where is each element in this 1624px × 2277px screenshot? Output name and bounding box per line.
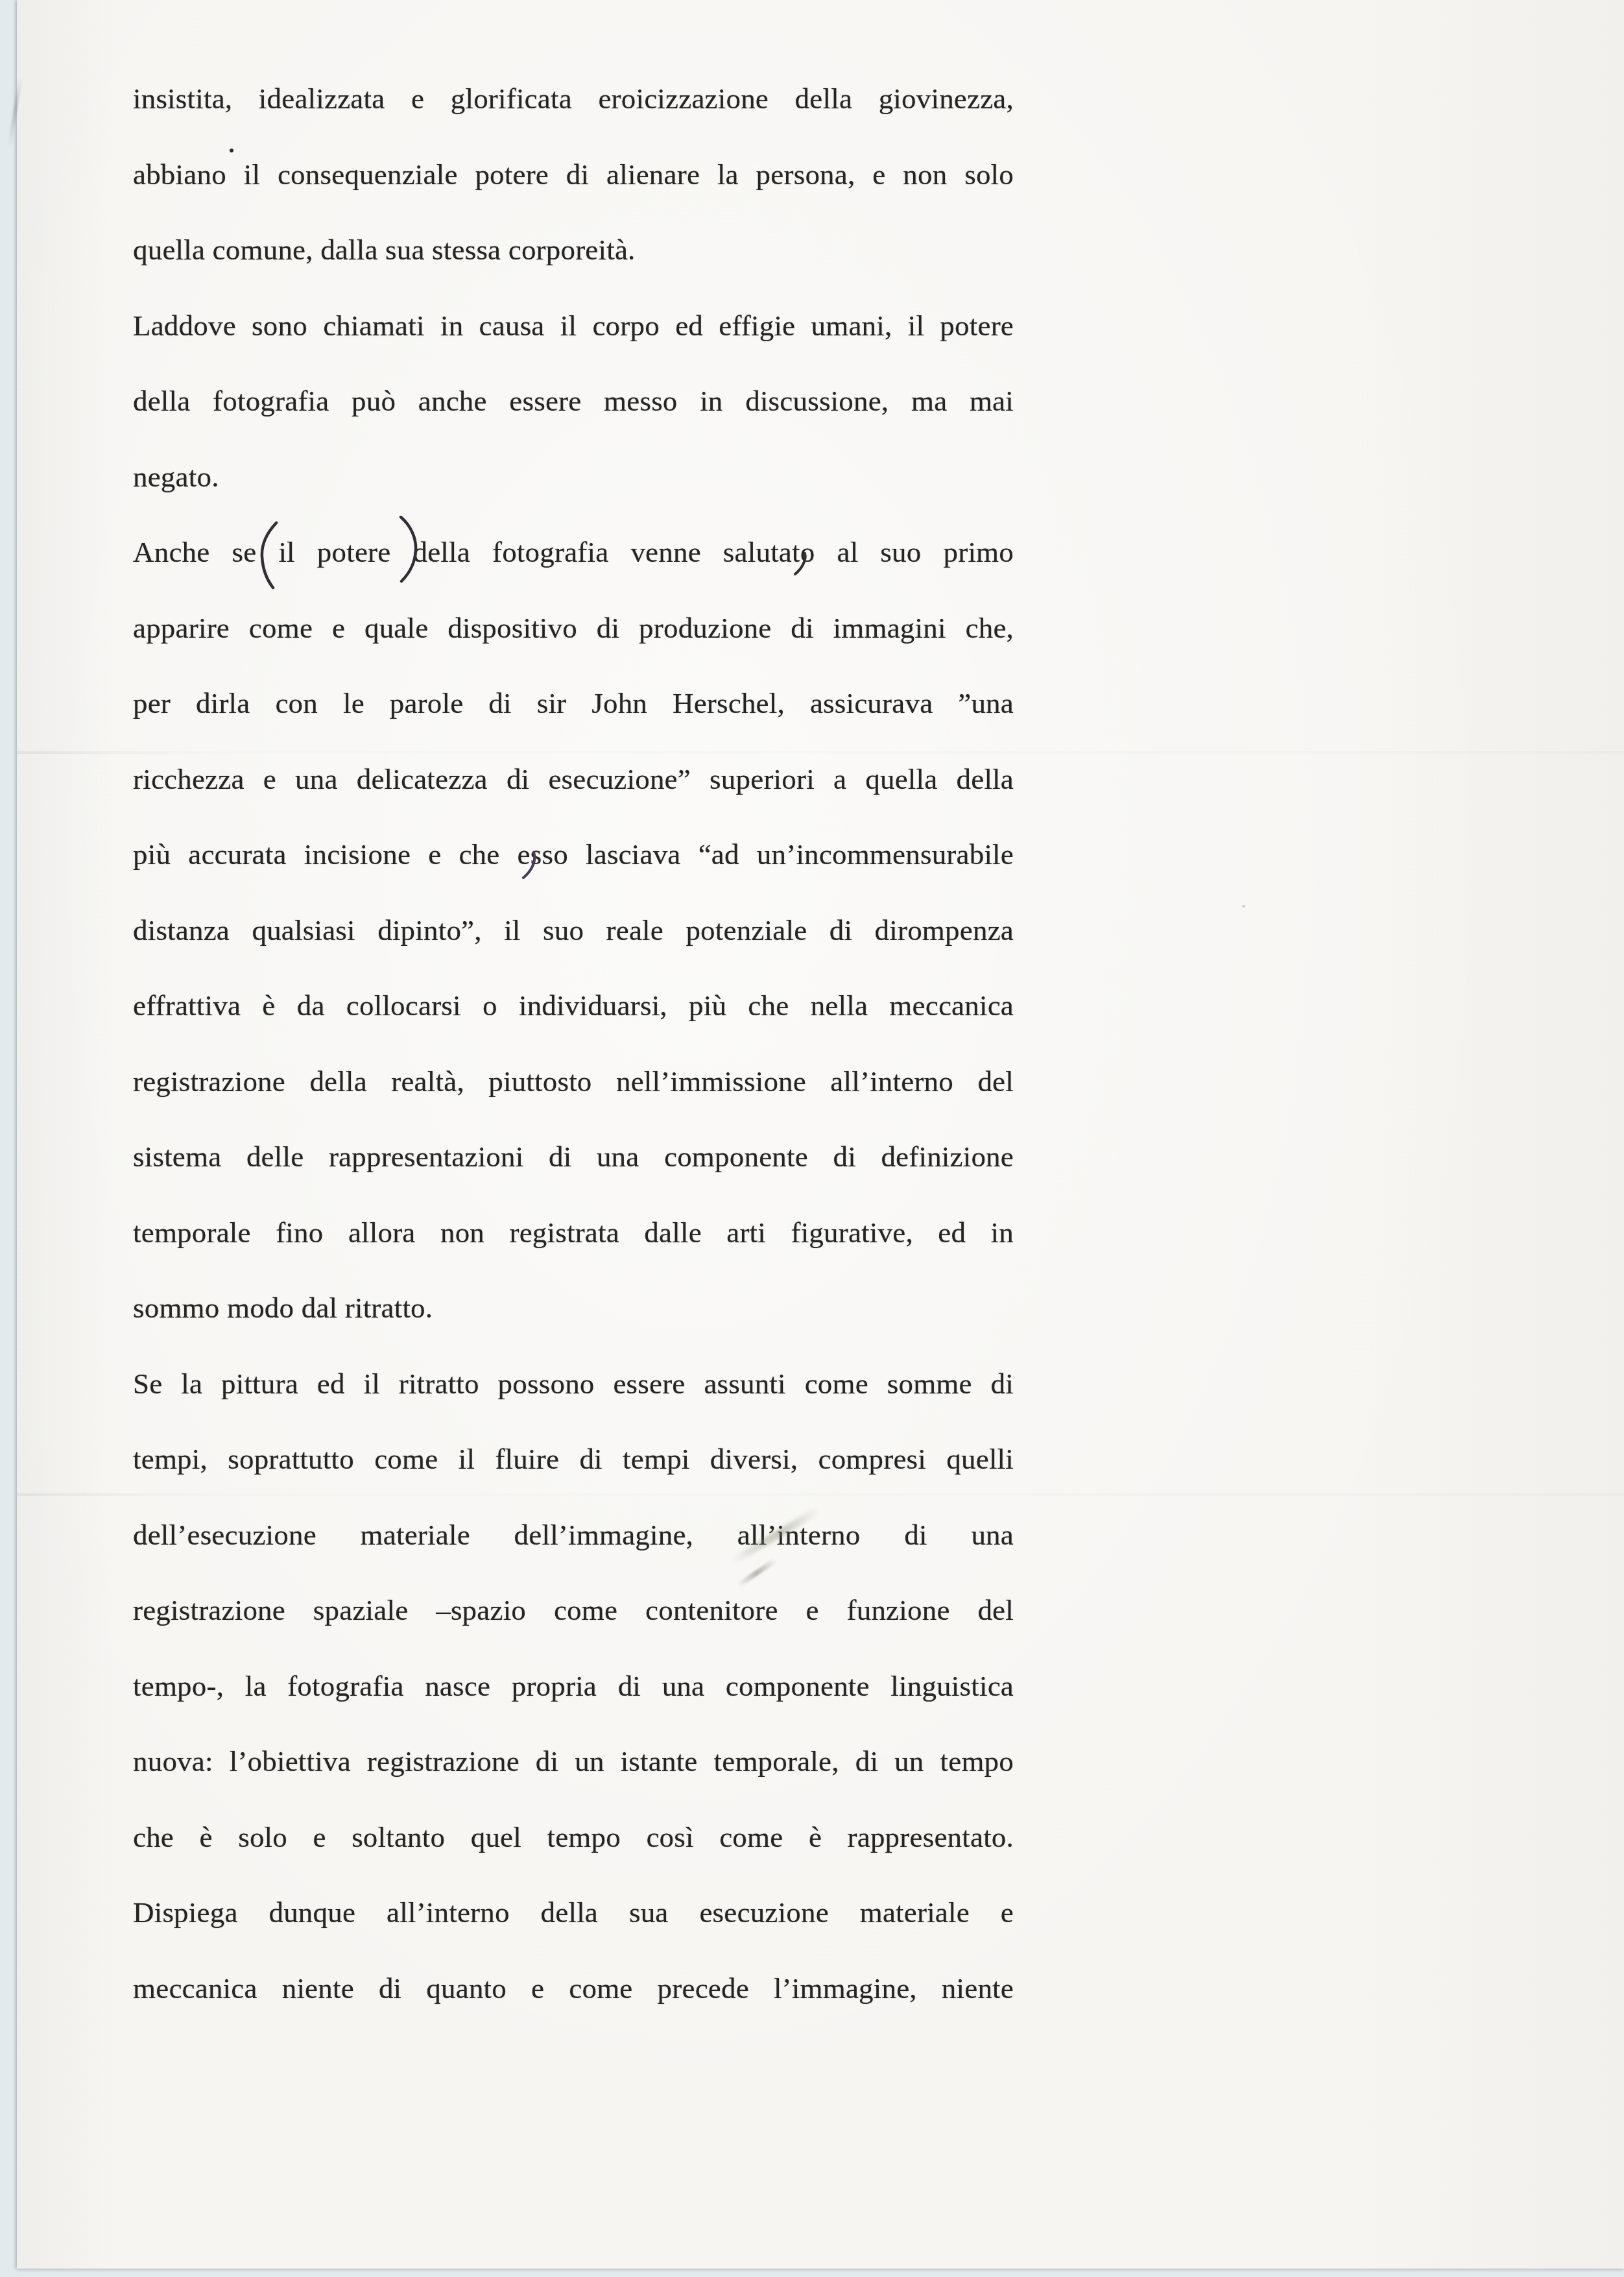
text-line: registrazione spaziale –spazio come cont… bbox=[133, 1572, 1014, 1648]
stray-ink-dot bbox=[230, 149, 233, 152]
text-line: effrattiva è da collocarsi o individuars… bbox=[133, 968, 1014, 1044]
text-line: Laddove sono chiamati in causa il corpo … bbox=[133, 288, 1014, 364]
text-line: nuova: l’obiettiva registrazione di un i… bbox=[133, 1724, 1014, 1800]
text-line: meccanica niente di quanto e come preced… bbox=[133, 1951, 1014, 2027]
text-line: Anche se il potere della fotografia venn… bbox=[133, 514, 1014, 590]
text-line: dell’esecuzione materiale dell’immagine,… bbox=[133, 1497, 1014, 1573]
text-line: tempo-, la fotografia nasce propria di u… bbox=[133, 1648, 1014, 1724]
paper-speck bbox=[305, 933, 307, 935]
paper-speck bbox=[1242, 905, 1245, 908]
text-line: sommo modo dal ritratto. bbox=[133, 1270, 1014, 1346]
text-line: della fotografia può anche essere messo … bbox=[133, 363, 1014, 439]
text-line: temporale fino allora non registrata dal… bbox=[133, 1195, 1014, 1271]
text-line: più accurata incisione e che esso lascia… bbox=[133, 817, 1014, 893]
text-line: distanza qualsiasi dipinto”, il suo real… bbox=[133, 893, 1014, 969]
text-line: quella comune, dalla sua stessa corporei… bbox=[133, 212, 1014, 288]
text-line: apparire come e quale dispositivo di pro… bbox=[133, 590, 1014, 666]
text-line: ricchezza e una delicatezza di esecuzion… bbox=[133, 741, 1014, 817]
text-line: Se la pittura ed il ritratto possono ess… bbox=[133, 1346, 1014, 1422]
text-line: tempi, soprattutto come il fluire di tem… bbox=[133, 1421, 1014, 1497]
text-line: negato. bbox=[133, 439, 1014, 515]
text-line: abbiano il consequenziale potere di alie… bbox=[133, 137, 1014, 213]
text-line: registrazione della realtà, piuttosto ne… bbox=[133, 1044, 1014, 1120]
text-line: Dispiega dunque all’interno della sua es… bbox=[133, 1875, 1014, 1951]
text-line: che è solo e soltanto quel tempo così co… bbox=[133, 1800, 1014, 1875]
text-line: insistita, idealizzata e glorificata ero… bbox=[133, 61, 1014, 137]
text-line: sistema delle rappresentazioni di una co… bbox=[133, 1119, 1014, 1195]
scanned-document-page: { "document": { "language": "Italian", "… bbox=[0, 0, 1624, 2277]
text-block: insistita, idealizzata e glorificata ero… bbox=[133, 61, 1014, 2026]
text-line: per dirla con le parole di sir John Hers… bbox=[133, 666, 1014, 741]
